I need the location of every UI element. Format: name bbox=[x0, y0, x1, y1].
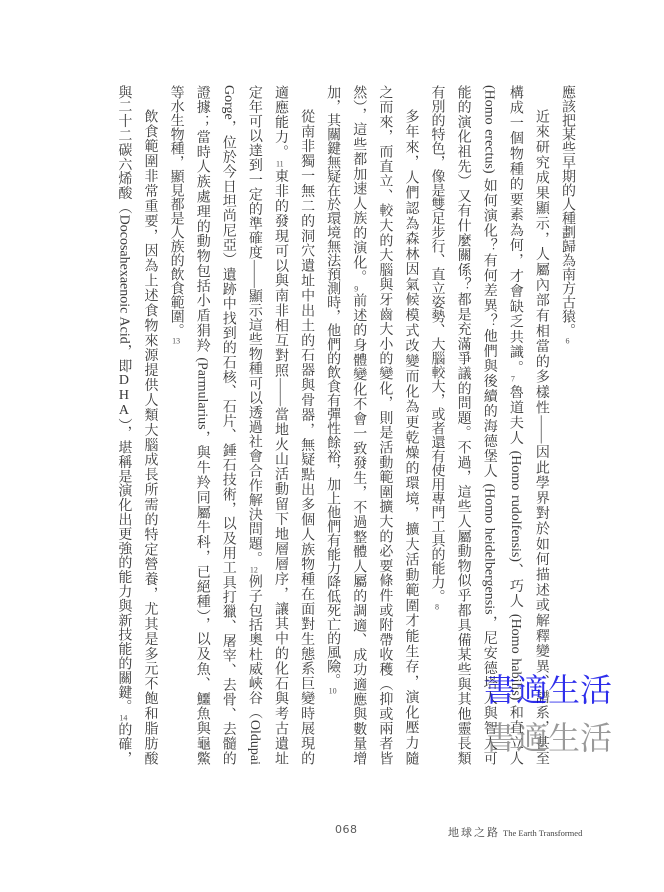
column-text: 等水生物種，顯見都是人族的飲食範圍。 bbox=[169, 85, 184, 337]
text-column: 應該把某些早期的人種劃歸為南方古猿。6 bbox=[554, 85, 580, 765]
column-text: 飲食範圍非常重要，因為上述食物來源提供人類大腦成長所需的特定營養，尤其是多元不飽… bbox=[143, 109, 158, 765]
text-column: 與二十二碳六烯酸（Docosahexaenoic Acid，即DHA），堪稱是演… bbox=[110, 85, 136, 765]
column-text: 從南非獨一無二的洞穴遺址中出土的石器與骨器，無疑點出多個人族物種在面對生態系巨變… bbox=[299, 109, 314, 765]
column-text: 多年來，人們認為森林因氣候模式改變而化為更乾燥的環境，擴大活動範圍才能生存，演化… bbox=[403, 109, 418, 765]
page-number: 068 bbox=[335, 823, 358, 836]
watermark-blue: 書適生活 bbox=[484, 674, 612, 706]
column-text: 然），這些都加速人族的演化。 bbox=[351, 85, 366, 285]
text-column: 有別的特色，像是雙足步行、直立姿勢、大腦較大，或者還有使用專門工具的能力。8 bbox=[423, 85, 449, 765]
book-title-english: The Earth Transformed bbox=[503, 828, 582, 838]
column-text: 定年可以達到一定的準確度——顯示這些物種可以透過社會合作解決問題。 bbox=[247, 85, 262, 566]
footnote-ref: 10 bbox=[327, 687, 338, 695]
column-text: 的確， bbox=[116, 722, 131, 765]
footnote-ref: 6 bbox=[562, 337, 573, 345]
column-text: 構成一個物種的要素為何，才會缺乏共識。 bbox=[508, 85, 523, 375]
column-text: 例子包括奧杜威峽谷（Oldupai bbox=[247, 574, 262, 765]
vertical-text-body: 應該把某些早期的人種劃歸為南方古猿。6 近來研究成果顯示，人屬內部有相當的多樣性… bbox=[110, 85, 580, 765]
book-title-chinese: 地球之路 bbox=[448, 826, 500, 839]
footnote-ref: 8 bbox=[432, 603, 443, 611]
abbreviation-dha: DHA bbox=[116, 373, 131, 418]
column-text: 近來研究成果顯示，人屬內部有相當的多樣性——因此學界對於如何描述或解釋變異、譜系… bbox=[534, 109, 549, 765]
text-column: 構成一個物種的要素為何，才會缺乏共識。7魯道夫人 (Homo rudolfens… bbox=[502, 85, 528, 765]
text-column: 加，其關鍵無疑在於環境無法預測時，他們的飲食有彈性餘裕，加上他們有能力降低死亡的… bbox=[319, 85, 345, 765]
column-text: Gorge，位於今日坦尚尼亞）遺跡中找到的石核、石片、錘石技術，以及用工具打獵、… bbox=[221, 85, 236, 765]
text-column: Gorge，位於今日坦尚尼亞）遺跡中找到的石核、石片、錘石技術，以及用工具打獵、… bbox=[215, 85, 241, 765]
column-text: 能的演化祖先）又有什麼關係？都是充滿爭議的問題。不過，這些人屬動物似乎都具備某些… bbox=[456, 85, 471, 765]
text-column: 證據；當時人族處理的動物包括小盾狷羚 (Parmularius，與牛羚同屬牛科，… bbox=[189, 85, 215, 765]
column-text: 應該把某些早期的人種劃歸為南方古猿。 bbox=[560, 85, 575, 337]
footnote-ref: 7 bbox=[510, 375, 521, 384]
text-column: 從南非獨一無二的洞穴遺址中出土的石器與骨器，無疑點出多個人族物種在面對生態系巨變… bbox=[293, 85, 319, 765]
footnote-ref: 14 bbox=[118, 714, 129, 722]
text-column: 定年可以達到一定的準確度——顯示這些物種可以透過社會合作解決問題。12例子包括奧… bbox=[241, 85, 267, 765]
column-text: 之而來，而直立、較大的大腦與牙齒大小的變化，則是活動範圍擴大的必要條件或附帶收穫… bbox=[377, 85, 392, 765]
text-column: 之而來，而直立、較大的大腦與牙齒大小的變化，則是活動範圍擴大的必要條件或附帶收穫… bbox=[371, 85, 397, 765]
footnote-ref: 11 bbox=[275, 160, 286, 169]
text-column: 能的演化祖先）又有什麼關係？都是充滿爭議的問題。不過，這些人屬動物似乎都具備某些… bbox=[450, 85, 476, 765]
column-text: 證據；當時人族處理的動物包括小盾狷羚 (Parmularius，與牛羚同屬牛科，… bbox=[195, 85, 210, 765]
text-column: 飲食範圍非常重要，因為上述食物來源提供人類大腦成長所需的特定營養，尤其是多元不飽… bbox=[136, 85, 162, 765]
text-column: 然），這些都加速人族的演化。9前述的身體變化不會一致發生，不過整體人屬的調適、成… bbox=[345, 85, 371, 765]
watermark-gray: 書適生活 bbox=[484, 722, 612, 754]
column-text: 有別的特色，像是雙足步行、直立姿勢、大腦較大，或者還有使用專門工具的能力。 bbox=[430, 85, 445, 603]
column-text: ），堪稱是演化出更強的能力與新技能的關鍵。 bbox=[116, 418, 131, 714]
book-page: 應該把某些早期的人種劃歸為南方古猿。6 近來研究成果顯示，人屬內部有相當的多樣性… bbox=[0, 0, 664, 892]
text-column: 等水生物種，顯見都是人族的飲食範圍。13 bbox=[163, 85, 189, 765]
text-column: 近來研究成果顯示，人屬內部有相當的多樣性——因此學界對於如何描述或解釋變異、譜系… bbox=[528, 85, 554, 765]
column-text: 加，其關鍵無疑在於環境無法預測時，他們的飲食有彈性餘裕，加上他們有能力降低死亡的… bbox=[325, 85, 340, 687]
column-text: 東非的發現可以與南非相互對照——當地火山活動留下地層層序，讓其中的化石與考古遺址 bbox=[273, 169, 288, 765]
running-title: 地球之路The Earth Transformed bbox=[448, 823, 582, 841]
column-text: 前述的身體變化不會一致發生，不過整體人屬的調適、成功適應與數量增 bbox=[351, 293, 366, 765]
column-text: 與二十二碳六烯酸（Docosahexaenoic Acid，即 bbox=[116, 85, 131, 373]
text-column: (Homo erectus) 如何演化？有何差異？他們與後續的海德堡人 (Hom… bbox=[476, 85, 502, 765]
footnote-ref: 13 bbox=[171, 337, 182, 345]
text-column: 多年來，人們認為森林因氣候模式改變而化為更乾燥的環境，擴大活動範圍才能生存，演化… bbox=[397, 85, 423, 765]
column-text: (Homo erectus) 如何演化？有何差異？他們與後續的海德堡人 (Hom… bbox=[482, 85, 497, 765]
column-text: 適應能力。 bbox=[273, 85, 288, 160]
text-column: 適應能力。11東非的發現可以與南非相互對照——當地火山活動留下地層層序，讓其中的… bbox=[267, 85, 293, 765]
footnote-ref: 12 bbox=[249, 566, 260, 575]
